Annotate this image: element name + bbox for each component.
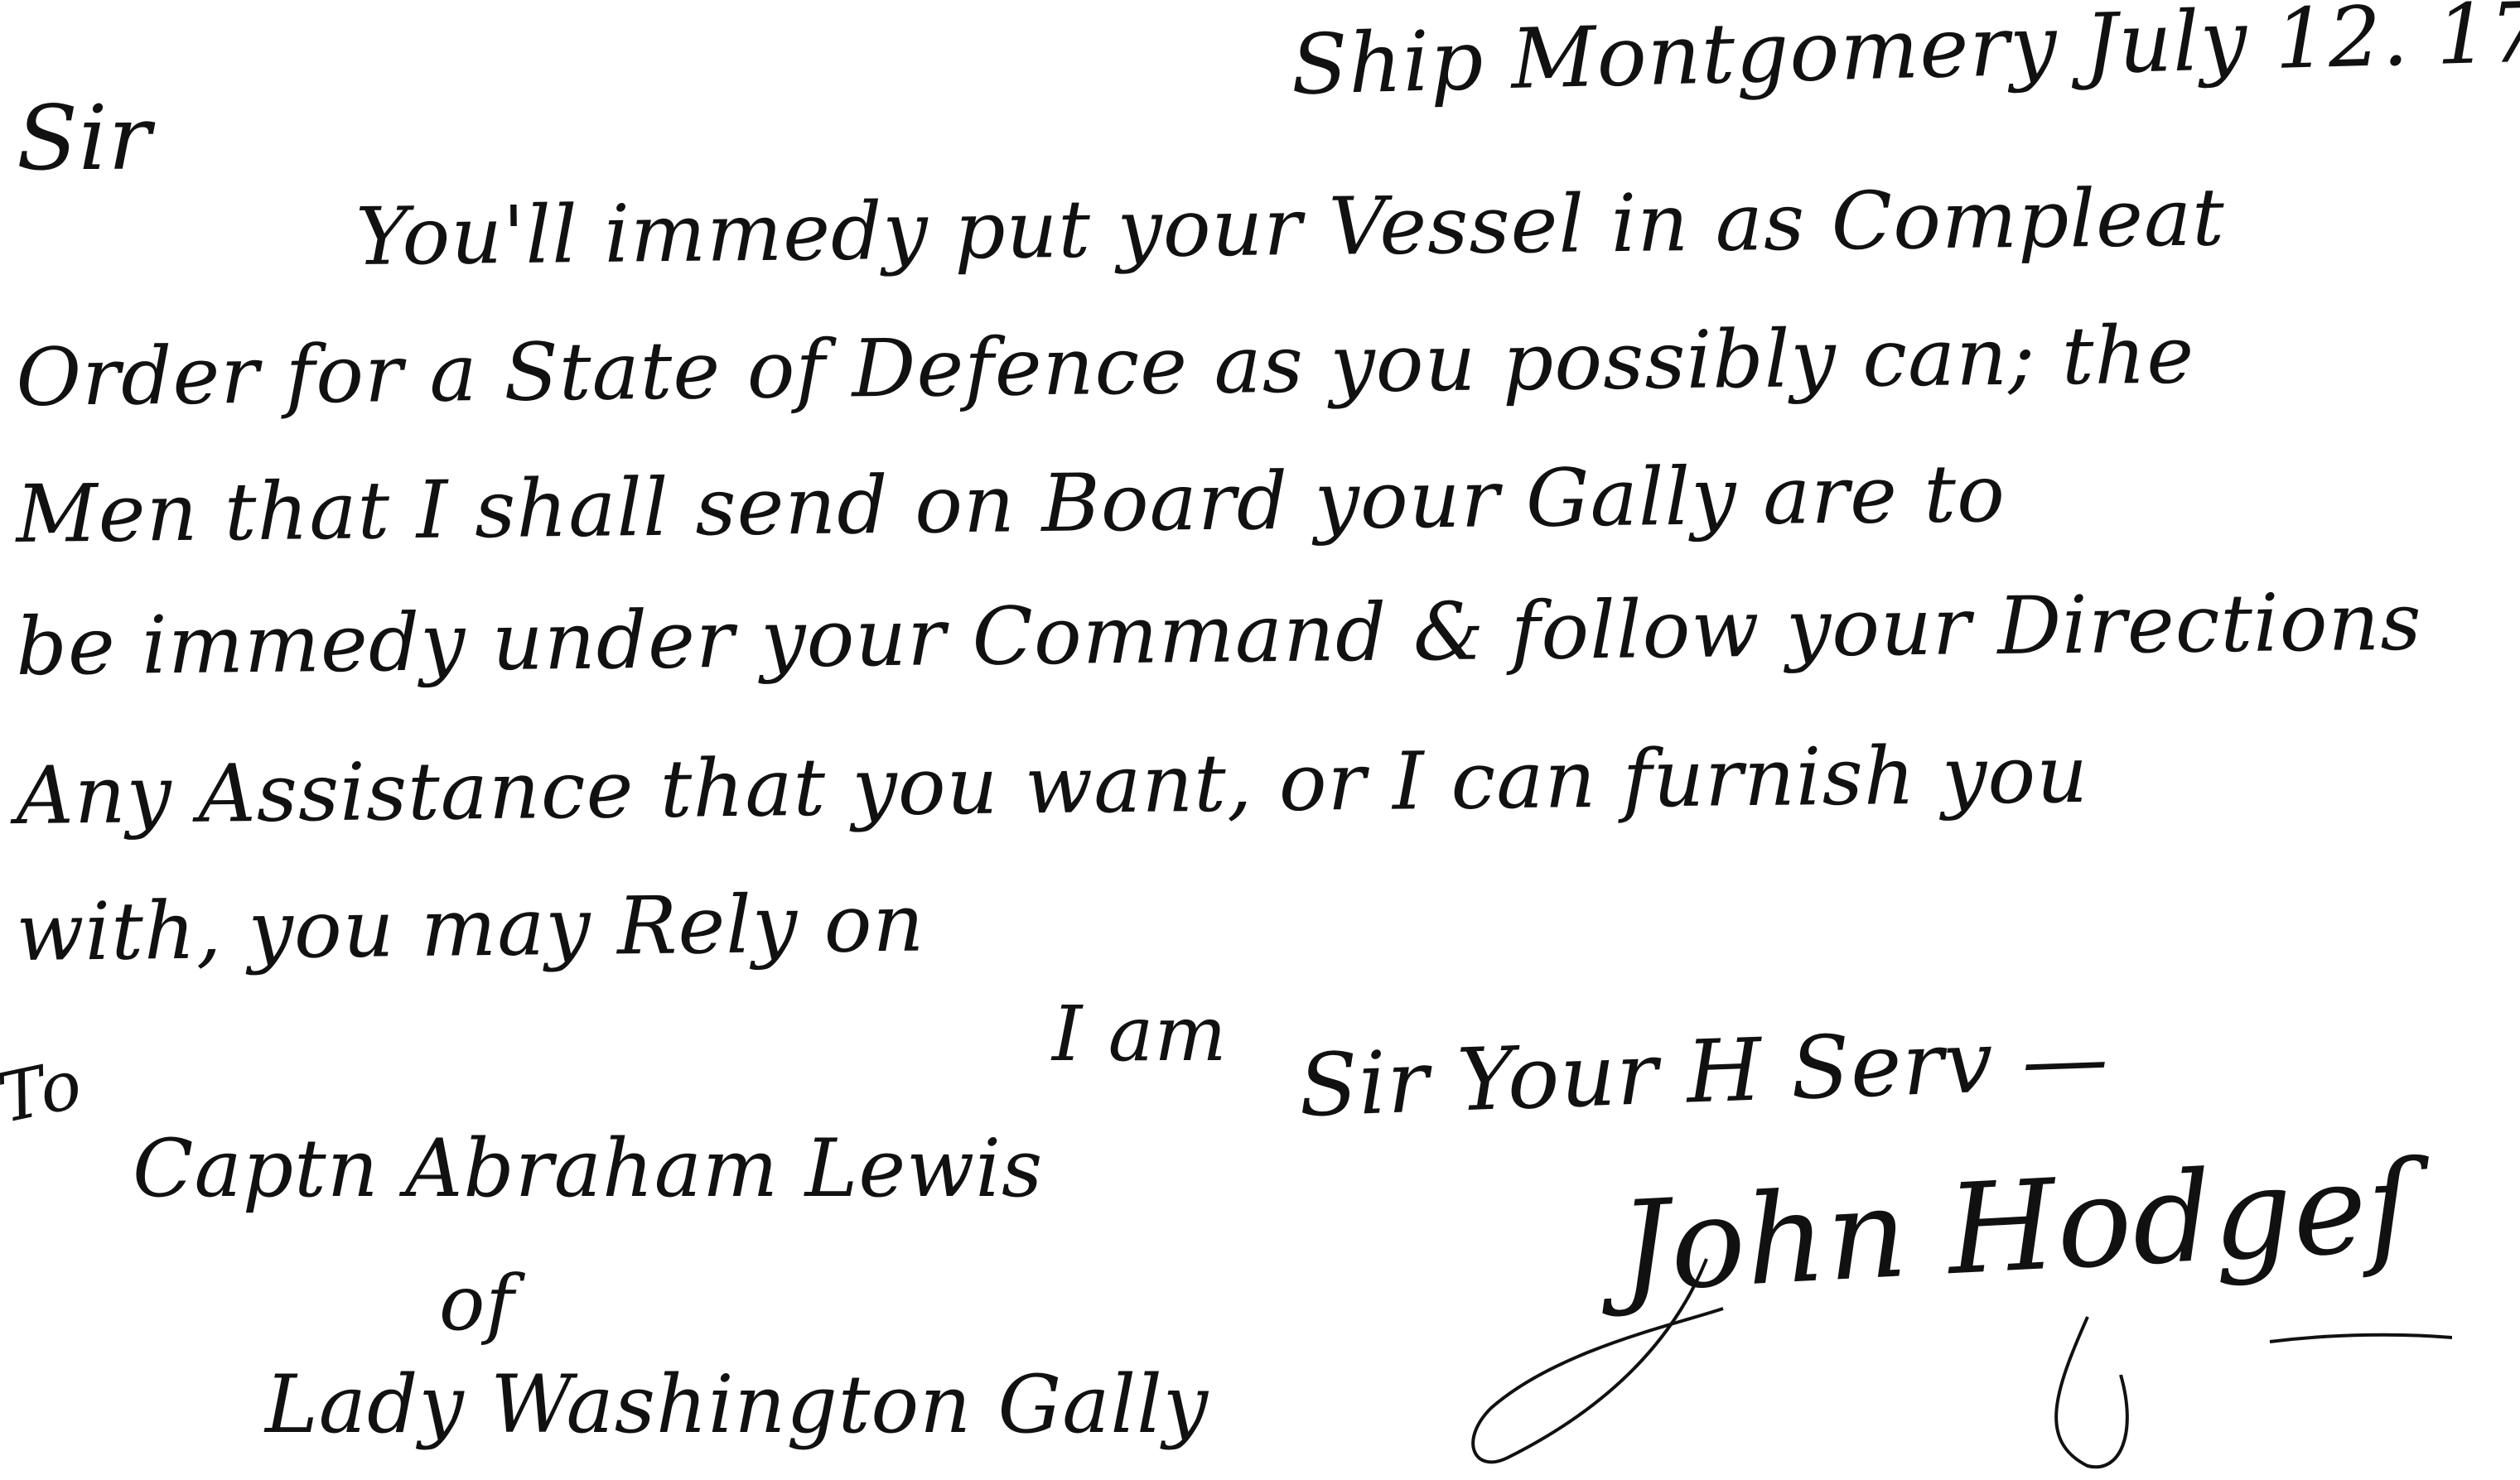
vessel-name: Lady Washington Gally — [265, 1358, 1209, 1451]
signature: John Hodgeſ — [1616, 1135, 2418, 1320]
body-line: Men that I shall send on Board your Gall… — [16, 447, 2006, 561]
body-line: with, you may Rely on — [16, 877, 925, 979]
complimentary-intro: I am — [1052, 990, 1228, 1078]
body-line: Any Assistance that you want, or I can f… — [16, 728, 2089, 842]
address-of-label: of — [439, 1259, 514, 1347]
body-line: be immedy under your Command & follow yo… — [16, 576, 2422, 693]
letter-heading-place-date: Ship Montgomery July 12. 1777 — [1290, 0, 2520, 113]
addressee-name: Captn Abraham Lewis — [133, 1122, 1043, 1215]
address-to-label: To — [0, 1044, 89, 1139]
body-line: Order for a State of Defence as you poss… — [16, 308, 2195, 424]
body-line: You'll immedy put your Vessel in as Comp… — [355, 171, 2225, 283]
salutation: Sir — [17, 87, 152, 190]
complimentary-close: Sir Your H Serv — — [1297, 1007, 2111, 1136]
